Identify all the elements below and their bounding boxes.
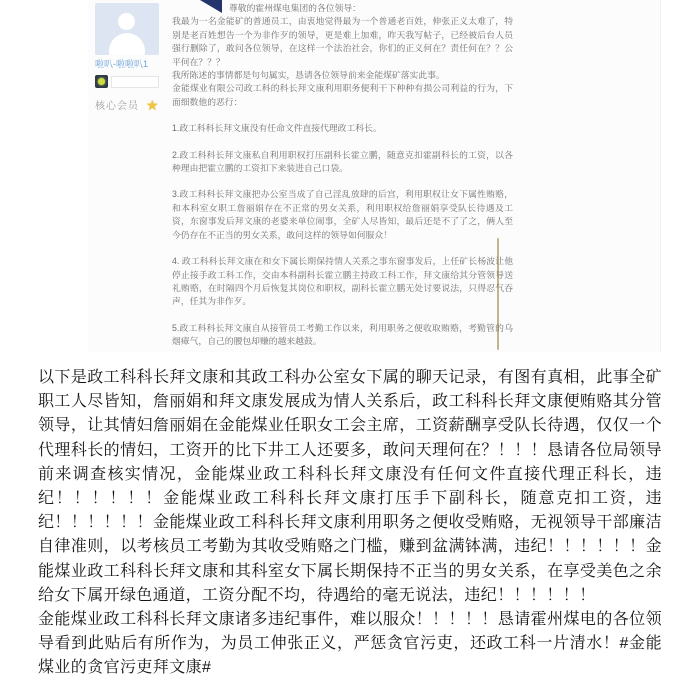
author-sidebar: 啦叭-啦啦叭1 核心会员 ★ [95, 3, 165, 112]
complaint-item-5: 5.政工科科长拜文康自从接管员工考勤工作以来，利用职务之便收取贿赂，考勤管的乌烟… [172, 322, 513, 349]
member-badge-row [95, 75, 165, 88]
member-title-row: 核心会员 ★ [95, 97, 165, 112]
person-icon [95, 3, 159, 55]
member-level-badge-icon [95, 75, 108, 88]
summary-paragraph: 金能煤业政工科科长拜文康诸多违纪事件，难以服众！！！！！恳请霍州煤电的各位领导看… [38, 608, 662, 681]
post-paragraph: 金能煤业有限公司政工科的科长拜文康利用职务便利干下种种有损公司利益的行为，下面细… [172, 82, 513, 109]
star-icon: ★ [146, 98, 159, 112]
complaint-item-2: 2.政工科科长拜文康私自利用职权打压副科长霍立鹏，随意克扣霍副科长的工资，以各种… [172, 149, 513, 176]
member-level-bar [111, 76, 159, 88]
complaint-summary: 以下是政工科科长拜文康和其政工科办公室女下属的聊天记录，有图有真相，此事全矿职工… [38, 366, 662, 681]
member-title: 核心会员 [95, 97, 139, 112]
author-username[interactable]: 啦叭-啦啦叭1 [95, 59, 161, 70]
complaint-item-4: 4. 政工科科长拜文康在和女下属长期保持情人关系之事东窗事发后，上任矿长杨波让他… [172, 255, 513, 309]
post-greeting: 尊敬的霍州煤电集团的各位领导： [172, 2, 513, 15]
post-body: 尊敬的霍州煤电集团的各位领导： 我最为一名金能矿的普通员工，由衷地觉得最为一个普… [172, 2, 513, 349]
scrollbar-artifact [497, 238, 499, 350]
post-paragraph: 我所陈述的事情都是句句属实，恳请各位领导前来金能煤矿落实此事。 [172, 69, 513, 82]
forum-post: 啦叭-啦啦叭1 核心会员 ★ 尊敬的霍州煤电集团的各位领导： 我最为一名金能矿的… [88, 0, 661, 352]
post-paragraph: 我最为一名金能矿的普通员工，由衷地觉得最为一个普通老百姓，伸张正义太难了，特别是… [172, 15, 513, 69]
avatar[interactable] [95, 3, 159, 55]
complaint-item-1: 1.政工科科长拜文康没有任命文件直接代理政工科长。 [172, 122, 513, 135]
complaint-item-3: 3.政工科科长拜文康把办公室当成了自己淫乱放肆的后宫，利用职权让女下属性贿赂，和… [172, 188, 513, 242]
summary-paragraph: 以下是政工科科长拜文康和其政工科办公室女下属的聊天记录，有图有真相，此事全矿职工… [38, 366, 662, 608]
